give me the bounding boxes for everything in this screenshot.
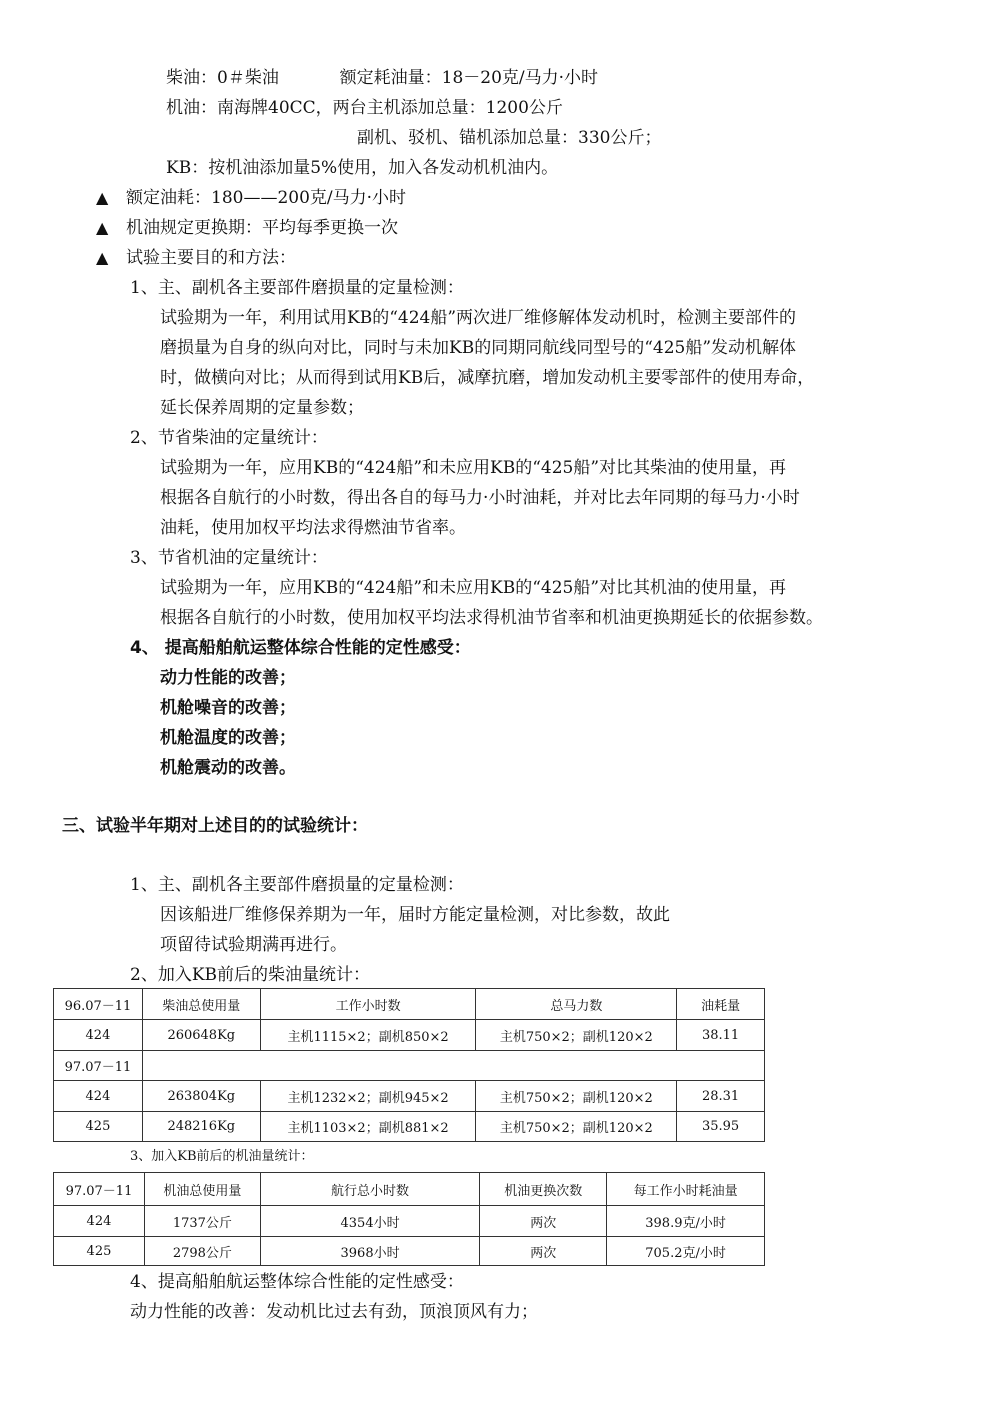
method-2-title: 2、节省柴油的定量统计： bbox=[130, 423, 328, 453]
intro-diesel-line: 柴油：0＃柴油 额定耗油量：18－20克/马力·小时 bbox=[166, 63, 598, 93]
triangle-bullet-icon: ▲ bbox=[96, 243, 126, 273]
header-cell: 机油总使用量 bbox=[144, 1173, 260, 1206]
table-row: 424 263804Kg 主机1232×2；副机945×2 主机750×2；副机… bbox=[54, 1081, 765, 1112]
header-cell: 每工作小时耗油量 bbox=[607, 1173, 765, 1206]
bullet-rated-consumption: ▲额定油耗：180——200克/马力·小时 bbox=[96, 183, 406, 213]
method-2-line: 油耗，使用加权平均法求得燃油节省率。 bbox=[160, 513, 466, 543]
rated-fuel-consumption: 额定耗油量：18－20克/马力·小时 bbox=[340, 68, 598, 88]
oil-usage-table: 97.07－11 机油总使用量 航行总小时数 机油更换次数 每工作小时耗油量 4… bbox=[53, 1172, 765, 1266]
triangle-bullet-icon: ▲ bbox=[96, 213, 126, 243]
intro-aux-oil-line: 副机、驳机、锚机添加总量：330公斤； bbox=[357, 123, 661, 153]
header-cell: 总马力数 bbox=[476, 989, 677, 1020]
table-row: 424 1737公斤 4354小时 两次 398.9克/小时 bbox=[54, 1206, 765, 1237]
stat-1-title: 1、主、副机各主要部件磨损量的定量检测： bbox=[130, 870, 464, 900]
table-row: 425 2798公斤 3968小时 两次 705.2克/小时 bbox=[54, 1237, 765, 1266]
intro-oil-line: 机油：南海牌40CC，两台主机添加总量：1200公斤 bbox=[166, 93, 563, 123]
method-3-line: 根据各自航行的小时数，使用加权平均法求得机油节省率和机油更换期延长的依据参数。 bbox=[160, 603, 823, 633]
period-cell: 97.07－11 bbox=[54, 1051, 143, 1081]
stat-1-line: 项留待试验期满再进行。 bbox=[160, 930, 347, 960]
stat-4-title: 4、提高船舶航运整体综合性能的定性感受： bbox=[130, 1267, 464, 1297]
method-3-title: 3、节省机油的定量统计： bbox=[130, 543, 328, 573]
method-2-line: 试验期为一年，应用KB的“424船”和未应用KB的“425船”对比其柴油的使用量… bbox=[160, 453, 786, 483]
table-header-row: 96.07－11 柴油总使用量 工作小时数 总马力数 油耗量 bbox=[54, 989, 765, 1020]
method-1-line: 时，做横向对比；从而得到试用KB后，减摩抗磨，增加发动机主要零部件的使用寿命， bbox=[160, 363, 814, 393]
header-cell: 97.07－11 bbox=[54, 1173, 145, 1206]
method-1-title: 1、主、副机各主要部件磨损量的定量检测： bbox=[130, 273, 464, 303]
method-4-item: 动力性能的改善； bbox=[160, 663, 296, 693]
section-3-heading: 三、试验半年期对上述目的的试验统计： bbox=[62, 811, 368, 841]
method-4-title: 4、 提高船舶航运整体综合性能的定性感受： bbox=[130, 633, 471, 663]
method-4-item: 机舱温度的改善； bbox=[160, 723, 296, 753]
diesel-usage-table: 96.07－11 柴油总使用量 工作小时数 总马力数 油耗量 424 26064… bbox=[53, 988, 765, 1142]
method-2-line: 根据各自航行的小时数，得出各自的每马力·小时油耗，并对比去年同期的每马力·小时 bbox=[160, 483, 800, 513]
method-3-line: 试验期为一年，应用KB的“424船”和未应用KB的“425船”对比其机油的使用量… bbox=[160, 573, 786, 603]
bullet-oil-change-period: ▲机油规定更换期：平均每季更换一次 bbox=[96, 213, 398, 243]
table-header-row: 97.07－11 机油总使用量 航行总小时数 机油更换次数 每工作小时耗油量 bbox=[54, 1173, 765, 1206]
table-period-row: 97.07－11 bbox=[54, 1051, 765, 1081]
header-cell: 96.07－11 bbox=[54, 989, 143, 1020]
stat-2-title: 2、加入KB前后的柴油量统计： bbox=[130, 960, 370, 990]
stat-1-line: 因该船进厂维修保养期为一年，届时方能定量检测，对比参数，故此 bbox=[160, 900, 670, 930]
method-1-line: 试验期为一年，利用试用KB的“424船”两次进厂维修解体发动机时，检测主要部件的 bbox=[160, 303, 796, 333]
intro-kb-line: KB：按机油添加量5%使用，加入各发动机机油内。 bbox=[166, 153, 558, 183]
method-1-line: 延长保养周期的定量参数； bbox=[160, 393, 364, 423]
header-cell: 柴油总使用量 bbox=[142, 989, 260, 1020]
method-4-item: 机舱噪音的改善； bbox=[160, 693, 296, 723]
header-cell: 航行总小时数 bbox=[260, 1173, 480, 1206]
bullet-test-purpose: ▲试验主要目的和方法： bbox=[96, 243, 296, 273]
header-cell: 机油更换次数 bbox=[480, 1173, 607, 1206]
method-1-line: 磨损量为自身的纵向对比，同时与未加KB的同期同航线同型号的“425船”发动机解体 bbox=[160, 333, 796, 363]
method-4-item: 机舱震动的改善。 bbox=[160, 753, 296, 783]
table-row: 425 248216Kg 主机1103×2；副机881×2 主机750×2；副机… bbox=[54, 1112, 765, 1142]
stat-3-title: 3、加入KB前后的机油量统计： bbox=[130, 1146, 314, 1168]
header-cell: 油耗量 bbox=[677, 989, 765, 1020]
triangle-bullet-icon: ▲ bbox=[96, 183, 126, 213]
stat-4-line: 动力性能的改善：发动机比过去有劲，顶浪顶风有力； bbox=[130, 1297, 538, 1327]
header-cell: 工作小时数 bbox=[260, 989, 476, 1020]
diesel-type: 柴油：0＃柴油 bbox=[166, 68, 279, 88]
table-row: 424 260648Kg 主机1115×2；副机850×2 主机750×2；副机… bbox=[54, 1020, 765, 1051]
